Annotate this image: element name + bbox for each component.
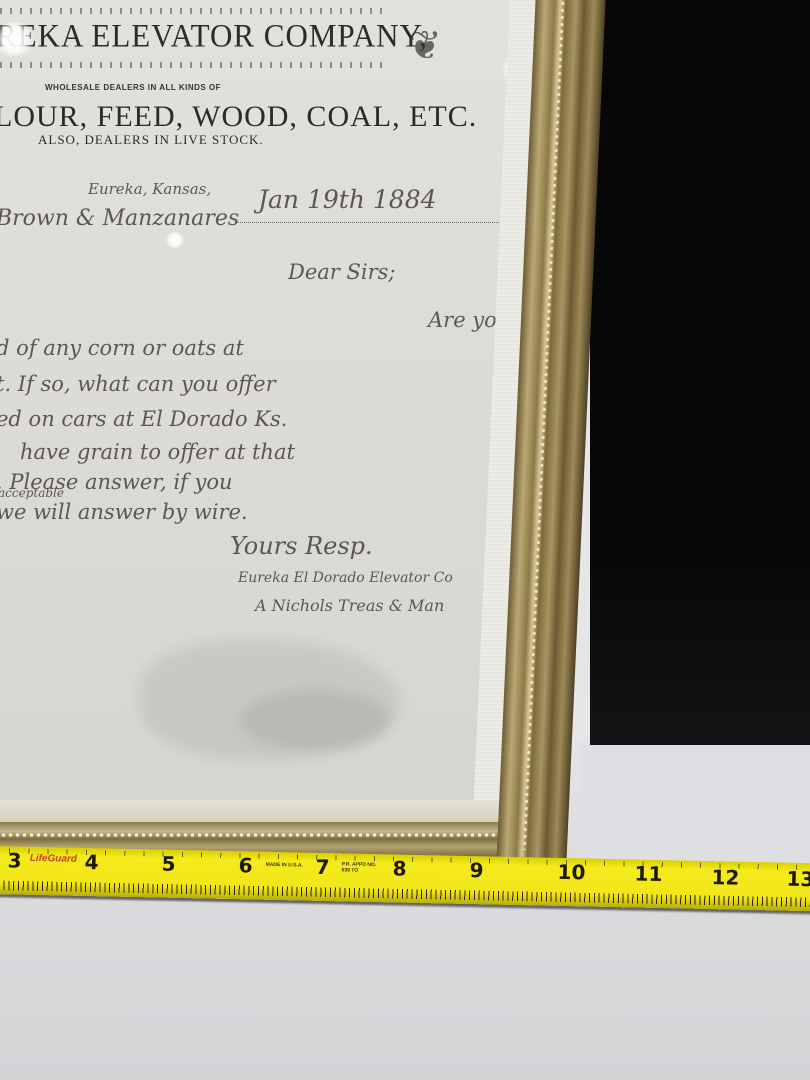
flourish-ornament-icon: ❦: [396, 20, 454, 72]
tape-number: 8: [392, 856, 406, 880]
table-surface-right: [580, 745, 810, 865]
tape-made-in: MADE IN U.S.A.: [266, 862, 303, 869]
photo-scene: REKA ELEVATOR COMPANY, ❦ WHOLESALE DEALE…: [0, 0, 810, 1080]
ornament-top: [0, 8, 390, 14]
tape-number: 7: [315, 855, 329, 879]
signature-company: Eureka El Dorado Elevator Co: [238, 570, 453, 586]
tape-number: 6: [238, 853, 252, 877]
letterhead-company: REKA ELEVATOR COMPANY,: [0, 17, 428, 55]
letter-salutation: Dear Sirs;: [288, 260, 396, 284]
tape-number: 3: [7, 848, 21, 872]
letter-body-line: we will answer by wire.: [0, 500, 248, 524]
tape-number: 13: [786, 867, 810, 892]
letter-body-insertion: acceptable: [0, 486, 64, 500]
tape-number: 4: [84, 850, 98, 874]
letter-place: Eureka, Kansas,: [88, 180, 211, 198]
letter-body-line: t. If so, what can you offer: [0, 372, 276, 396]
letter-body-line: d of any corn or oats at: [0, 336, 244, 360]
letter-date: Jan 19th 1884: [258, 185, 437, 214]
signature-name: A Nichols Treas & Man: [255, 596, 444, 615]
letterhead-livestock: ALSO, DEALERS IN LIVE STOCK.: [38, 132, 264, 148]
letter-body-line: ed on cars at El Dorado Ks.: [0, 407, 287, 431]
glare-reflection: [164, 232, 186, 248]
tape-number: 11: [634, 862, 662, 887]
water-stain-small: [240, 690, 390, 750]
frame-bead-trim-bottom: [0, 832, 550, 838]
tape-number: 9: [469, 858, 483, 882]
date-line: [235, 222, 525, 223]
tape-patent: P.R. APPD NO. 539 TO: [342, 861, 378, 874]
dark-backdrop: [590, 0, 810, 760]
tape-number: 10: [557, 860, 585, 885]
letter-paper: REKA ELEVATOR COMPANY, ❦ WHOLESALE DEALE…: [0, 0, 528, 802]
tape-number: 5: [161, 852, 175, 876]
letter-addressee: Brown & Manzanares: [0, 206, 239, 231]
tape-brand: LifeGuard: [30, 853, 77, 865]
letterhead-wholesale: WHOLESALE DEALERS IN ALL KINDS OF: [45, 83, 221, 92]
letter-closing: Yours Resp.: [230, 532, 373, 560]
ornament-bottom: [0, 62, 390, 68]
letter-body-line: have grain to offer at that: [20, 440, 295, 464]
tape-number: 12: [711, 865, 739, 890]
letterhead-products: LOUR, FEED, WOOD, COAL, ETC.: [0, 100, 477, 134]
